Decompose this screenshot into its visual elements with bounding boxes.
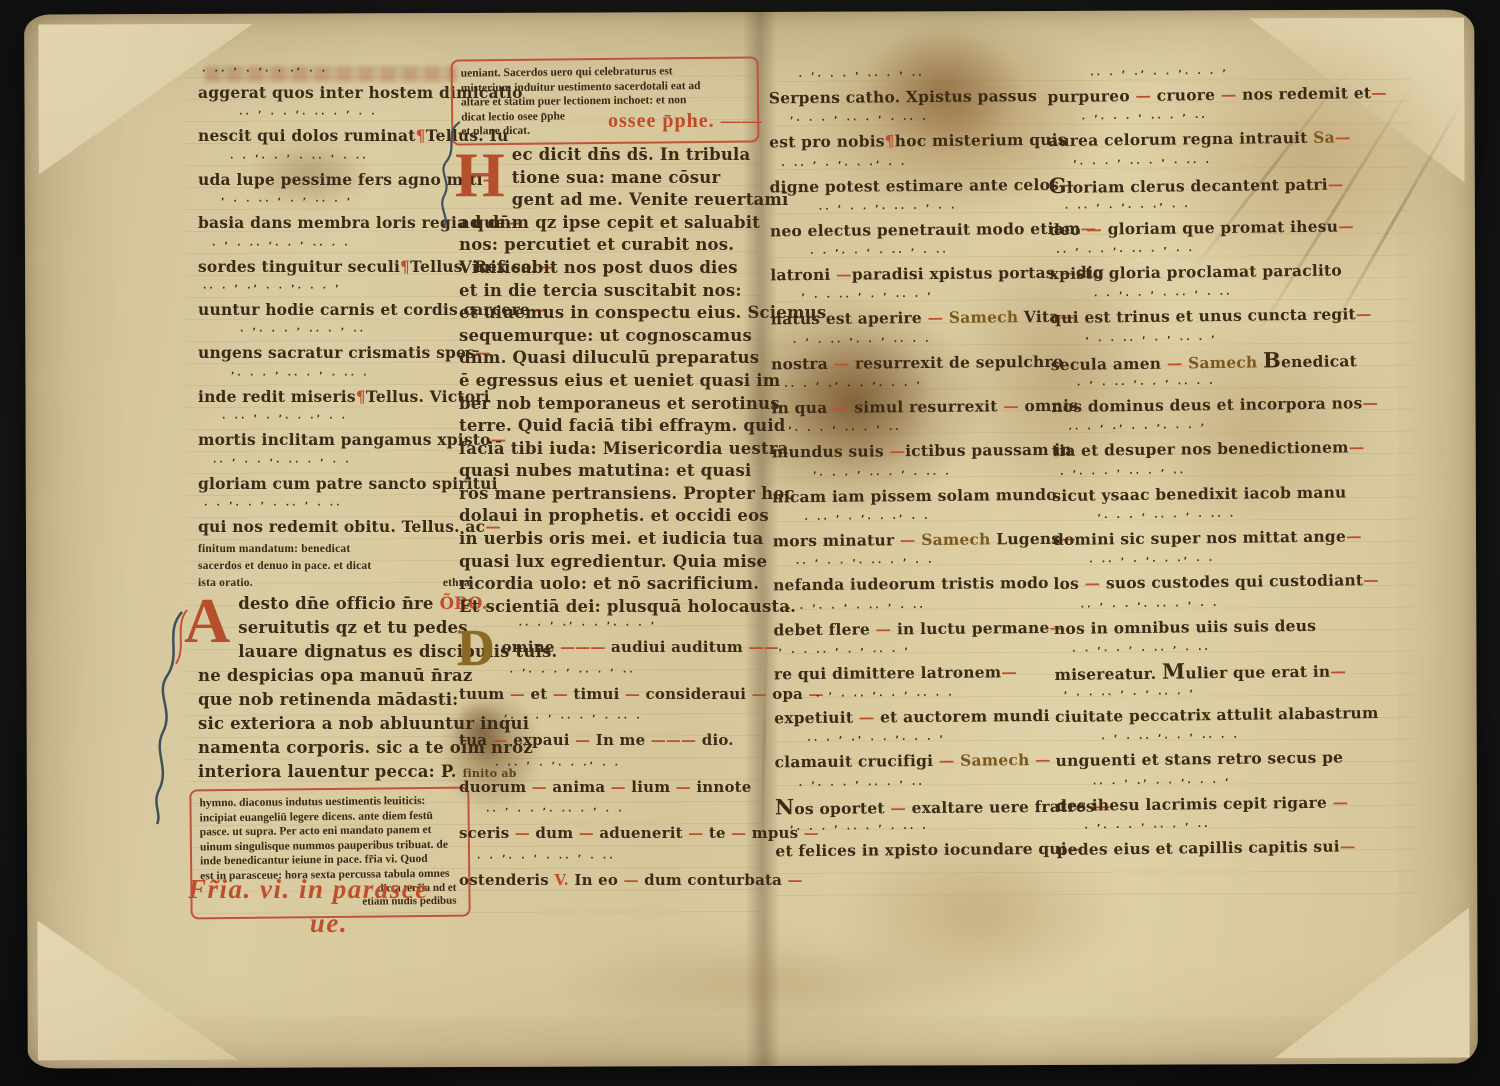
chant-line: ʼ· · · ʼ ·· · ʼ · ·· ·nicam iam pissem s… bbox=[772, 465, 1080, 512]
text-segment: misereatur. bbox=[1054, 664, 1162, 684]
text-row: unguenti et stans retro secus pe bbox=[1055, 744, 1393, 774]
text-segment: cruore bbox=[1151, 85, 1221, 105]
text-row: pedes eius et capillis capitis sui— bbox=[1057, 833, 1395, 863]
initial-a-flourish bbox=[150, 606, 194, 830]
text-segment: — bbox=[1086, 219, 1102, 238]
text-segment: — bbox=[859, 708, 875, 727]
chant-line: ·· ʼ · · ʼ· ·· · ʼ · ·nefanda iudeorum t… bbox=[773, 554, 1081, 601]
chant-line: ·· · ʼ ·ʼ · · ʼ· · · ʼdes ihesu lacrimis… bbox=[1056, 773, 1395, 821]
text-row: nos in omnibus uiis suis deus bbox=[1054, 611, 1392, 641]
text-segment: expetiuit bbox=[774, 708, 859, 728]
neume-row: ·· ʼ · · ʼ· ·· · ʼ · · bbox=[198, 455, 470, 471]
text-segment: unguenti et stans retro secus pe bbox=[1055, 748, 1343, 771]
text-row: ista oratio.ethra bbox=[198, 575, 470, 592]
rubric-title-osee-prophete: ossee p̄phe. —— bbox=[608, 110, 763, 132]
text-segment: que nob retinenda mādasti: bbox=[198, 690, 458, 709]
text-segment: Samech bbox=[954, 751, 1035, 771]
text-row: ricordia uolo: et nō sacrificium. bbox=[459, 573, 759, 596]
neume-row: · ʼ· · · ʼ ·· · ʼ ·· bbox=[198, 324, 470, 340]
chant-line: ʼ· · · ʼ ·· · ʼ · ·· ·domini sic super n… bbox=[1053, 507, 1392, 555]
text-segment: — bbox=[1035, 750, 1051, 769]
text-segment: suos custodes qui custodiant bbox=[1100, 571, 1363, 593]
neume-row: ·· · ʼ ·ʼ · · ʼ· · · ʼ bbox=[198, 281, 470, 297]
text-segment: — bbox=[731, 824, 746, 842]
chant-line: ʼ · · ·· ʼ · ʼ ·· · ʼnatus est aperire —… bbox=[770, 288, 1078, 335]
text-segment: tia et desuper nos benedictionem bbox=[1052, 438, 1349, 461]
text-row: omine ——— audiui auditum —— bbox=[459, 634, 759, 660]
text-row: et in die tercia suscitabit nos: bbox=[459, 280, 759, 303]
chant-line: · ʼ· · · ʼ ·· · ʼ ··sicut ysaac benedixi… bbox=[1052, 463, 1391, 511]
text-segment: nefanda iudeorum tristis modo bbox=[773, 573, 1049, 594]
text-segment: ¶ bbox=[356, 387, 366, 406]
text-segment: — bbox=[1356, 305, 1372, 324]
text-segment: nostra bbox=[771, 354, 834, 374]
text-line: ne despicias opa manuū n̄raz bbox=[198, 664, 470, 688]
chant-line: ·· ʼ · · ʼ· ·· · ʼ · ·nescit qui dolos r… bbox=[198, 107, 470, 150]
text-segment: — bbox=[1332, 792, 1348, 811]
text-segment: dum bbox=[530, 824, 579, 842]
text-segment: — bbox=[1338, 216, 1354, 235]
text-line: dolaui in prophetis. et occidi eos bbox=[459, 505, 759, 528]
text-segment: faciā tibi iuda: Misericordia uestra bbox=[459, 439, 789, 458]
text-segment: lium bbox=[626, 778, 676, 796]
block-chant: ·· · ʼ ·ʼ · · ʼ· · · ʼpurpureo — cruore … bbox=[1047, 64, 1395, 865]
text-line: nos: percutiet et curabit nos. bbox=[459, 234, 759, 257]
text-segment: domini sic super nos mittat ange bbox=[1053, 526, 1346, 549]
text-segment: ros mane pertransiens. Propter hoc bbox=[459, 484, 795, 503]
neume-row: ʼ · · ·· ʼ · ʼ ·· · ʼ bbox=[198, 194, 470, 210]
text-segment: finitum mandatum: benedicat bbox=[198, 543, 350, 555]
text-row: nos dominus deus et incorpora nos— bbox=[1051, 390, 1389, 420]
text-row: Viuificabit nos post duos dies bbox=[459, 257, 759, 280]
text-segment: ¶ bbox=[400, 257, 410, 276]
text-segment: neo electus penetrauit modo etiam bbox=[770, 219, 1081, 241]
text-segment: — bbox=[1221, 85, 1237, 104]
text-row: nostra — resurrexit de sepulchro bbox=[771, 348, 1079, 377]
text-row: purpureo — cruore — nos redemit et— bbox=[1047, 80, 1385, 110]
text-segment: misterium induitur uestimento sacerdotal… bbox=[461, 80, 701, 95]
text-segment: desto dn̄e officio n̄re bbox=[238, 594, 439, 613]
text-segment: est pro nobis bbox=[769, 132, 885, 152]
text-segment: in qua bbox=[771, 398, 833, 418]
text-line: quasi nubes matutina: et quasi bbox=[459, 460, 759, 483]
text-segment: Serpens catho. Xpistus passus bbox=[769, 86, 1037, 107]
text-segment: anima bbox=[547, 778, 611, 796]
text-segment: duorum bbox=[459, 778, 532, 796]
text-row: duorum — anima — lium — innote bbox=[459, 774, 759, 800]
text-segment: — bbox=[833, 398, 849, 417]
text-segment: — bbox=[688, 824, 703, 842]
text-segment: In me bbox=[590, 731, 650, 749]
text-segment: et in die tercia suscitabit nos: bbox=[459, 281, 742, 300]
chant-line: ʼ· · · ʼ ·· · ʼ · ·· ·tua — expaui — In … bbox=[459, 711, 759, 758]
text-segment: audiui auditum bbox=[606, 638, 749, 656]
chant-line: · ʼ· · · ʼ ·· · ʼ ··mundus suis —ictibus… bbox=[772, 421, 1080, 468]
text-segment: ciuitate peccatrix attulit alabastrum bbox=[1055, 703, 1379, 726]
text-segment: enedicat bbox=[1281, 351, 1357, 371]
text-segment: ——— bbox=[560, 638, 606, 656]
text-segment: omine bbox=[502, 638, 560, 656]
text-segment: — bbox=[611, 778, 626, 796]
chant-line: · ·· ʼ · ʼ· · ·ʼ · ·deo — gloriam que pr… bbox=[1049, 197, 1388, 245]
neume-row: ·· ʼ · · ʼ· ·· · ʼ · · bbox=[459, 804, 759, 820]
text-row: finitum mandatum: benedicat bbox=[198, 541, 470, 558]
text-segment: — bbox=[876, 619, 892, 638]
text-segment: G bbox=[1048, 172, 1066, 197]
text-segment: — bbox=[927, 308, 943, 327]
text-row: est pro nobis¶hoc misterium quis bbox=[769, 127, 1077, 156]
text-row: tuum — et — timui — consideraui — opa — bbox=[459, 681, 759, 707]
chant-line: · · ʼ· · ʼ · ·· ʼ · ··debet flere — in l… bbox=[773, 598, 1081, 645]
text-row: ciuitate peccatrix attulit alabastrum bbox=[1055, 700, 1393, 730]
text-line: ber nob temporaneus et serotinus bbox=[459, 393, 759, 416]
chant-line: · ʼ · ·· ʼ· · ʼ ·· · ·sordes tinguitur s… bbox=[198, 238, 470, 281]
text-segment: — bbox=[788, 871, 803, 889]
chant-line: · · ʼ· · ʼ · ·· ʼ · ··qui nos redemit ob… bbox=[198, 498, 470, 541]
text-row: digne potest estimare ante celos— bbox=[769, 171, 1077, 200]
text-segment: purpureo bbox=[1047, 86, 1135, 106]
neume-row: ·· · ʼ ·ʼ · · ʼ· · · ʼ bbox=[502, 618, 759, 634]
text-row: deo — gloriam que promat ihesu— bbox=[1049, 213, 1387, 243]
text-segment: — bbox=[515, 824, 530, 842]
text-row: uda lupe pessime fers agno miti— bbox=[198, 167, 470, 193]
text-segment: — bbox=[575, 731, 590, 749]
text-segment: ec dicit dn̄s ds̄. In tribula bbox=[512, 145, 751, 164]
text-row: Nos oportet — exaltare uere fratres— bbox=[775, 791, 1083, 822]
text-line: seruitutis qz et tu pedes bbox=[198, 616, 470, 640]
text-row: Et scientiā dei: plusquā holocausta. bbox=[459, 596, 759, 619]
text-segment: tione sua: mane cōsur bbox=[512, 168, 721, 187]
text-segment: et auctorem mundi bbox=[874, 706, 1049, 727]
text-segment: re qui dimittere latronem bbox=[774, 662, 1002, 683]
text-segment: clamauit crucifigi bbox=[774, 751, 938, 771]
text-row: que nob retinenda mādasti: bbox=[198, 688, 470, 712]
text-segment: sequemurque: ut cognoscamus bbox=[459, 326, 752, 345]
text-row: aggerat quos inter hostem dimicatio bbox=[198, 80, 470, 106]
text-segment: — bbox=[1340, 836, 1356, 855]
text-segment: Fr̃ia. vi. in parasce bbox=[188, 874, 429, 904]
neume-row: · · ʼ· · ʼ · ·· ʼ · ·· bbox=[198, 498, 470, 514]
chant-line: ʼ · · ·· ʼ · ʼ ·· · ʼsecula amen — Samec… bbox=[1050, 330, 1389, 378]
text-segment: — bbox=[553, 685, 568, 703]
text-row: ungens sacratur crismatis spes— bbox=[198, 340, 470, 366]
text-segment: — bbox=[1003, 396, 1019, 415]
neume-row: ʼ· · · ʼ ·· · ʼ · ·· · bbox=[459, 711, 759, 727]
text-segment: nescit qui dolos ruminat bbox=[198, 126, 416, 145]
chant-line: · · ʼ· · ʼ · ·· ʼ · ··qui est trinus et … bbox=[1050, 285, 1389, 333]
text-line: dn̄m. Quasi diluculū preparatus bbox=[459, 347, 759, 370]
text-segment: — bbox=[510, 685, 525, 703]
text-segment: innote bbox=[691, 778, 752, 796]
text-row: des ihesu lacrimis cepit rigare — bbox=[1056, 789, 1394, 819]
text-row: sic exteriora a nob abluuntur inqui bbox=[198, 712, 470, 736]
text-segment: quasi lux egredientur. Quia mise bbox=[459, 552, 767, 571]
text-row: ne despicias opa manuū n̄raz bbox=[198, 664, 470, 688]
text-segment: dn̄m. Quasi diluculū preparatus bbox=[459, 348, 759, 367]
text-row: nos: percutiet et curabit nos. bbox=[459, 234, 759, 257]
chant-line: ʼ · · ·· ʼ · ʼ ·· · ʼbasia dans membra l… bbox=[198, 194, 470, 237]
text-segment: Samech bbox=[943, 308, 1024, 328]
chant-line: · ʼ · ·· ʼ· · ʼ ·· · ·unguenti et stans … bbox=[1055, 728, 1394, 776]
text-segment: ē egressus eius et ueniet quasi im bbox=[459, 371, 780, 390]
text-segment: sceris bbox=[459, 824, 515, 842]
text-segment: Samech bbox=[915, 529, 996, 549]
text-row: latroni —paradisi xpistus portas —dig bbox=[770, 260, 1078, 289]
text-segment: nos dominus deus et incorpora nos bbox=[1051, 393, 1362, 416]
text-segment: resurrexit de sepulchro bbox=[849, 352, 1063, 373]
text-segment: — bbox=[624, 871, 639, 889]
text-row: basia dans membra loris regia que— bbox=[198, 210, 470, 236]
text-segment: — bbox=[1135, 86, 1151, 105]
block-oratio: Adesto dn̄e officio n̄re ÕRO.seruitutis … bbox=[198, 592, 470, 784]
chant-line: · ʼ· · · ʼ ·· · ʼ ··pedes eius et capill… bbox=[1056, 817, 1395, 865]
text-segment: — bbox=[532, 778, 547, 796]
text-row: nescit qui dolos ruminat¶Tellus. Iu bbox=[198, 123, 470, 149]
text-line: ista oratio.ethra bbox=[198, 575, 470, 592]
text-segment: tua bbox=[459, 731, 493, 749]
photo-background: · ·· ʼ · ʼ· · ·ʼ · ·aggerat quos inter h… bbox=[0, 0, 1500, 1086]
text-row: dn̄m. Quasi diluculū preparatus bbox=[459, 347, 759, 370]
text-row: qui nos redemit obitu. Tellus. ac— bbox=[198, 514, 470, 540]
text-segment: — bbox=[1371, 83, 1387, 102]
text-line: Fr̃ia. vi. in parasce bbox=[188, 872, 470, 906]
text-line: finitum mandatum: benedicat bbox=[198, 541, 470, 558]
text-segment: ulier que erat in bbox=[1185, 662, 1330, 683]
text-row: interiora lauentur pecca: P. finito ab bbox=[198, 760, 470, 786]
chant-line: ʼ· · · ʼ ·· · ʼ · ·· ·et felices in xpis… bbox=[775, 820, 1083, 867]
block-small: finitum mandatum: benedicatsacerdos et d… bbox=[198, 541, 470, 592]
text-segment: hoc misterium quis bbox=[895, 130, 1067, 150]
text-segment: gloriam cum patre sancto spiritui bbox=[198, 474, 498, 493]
text-row: et uiuemus in conspectu eius. Sciemus bbox=[459, 302, 759, 325]
text-segment: ne despicias opa manuū n̄raz bbox=[198, 666, 472, 685]
text-segment: quasi nubes matutina: et quasi bbox=[459, 461, 751, 480]
text-segment: et bbox=[525, 685, 553, 703]
text-row: ros mane pertransiens. Propter hoc bbox=[459, 483, 759, 506]
text-line: sequemurque: ut cognoscamus bbox=[459, 325, 759, 348]
text-segment: timui bbox=[568, 685, 625, 703]
chant-line: · ·· ʼ · ʼ· · ·ʼ · ·digne potest estimar… bbox=[769, 155, 1077, 202]
text-line: namenta corporis. sic a te oīm n̄roz bbox=[198, 736, 470, 760]
text-row: natus est aperire — Samech Vita— bbox=[771, 304, 1079, 333]
chant-line: · ʼ· · · ʼ ·· · ʼ ··tuum — et — timui — … bbox=[459, 665, 759, 712]
text-segment: — bbox=[1346, 526, 1362, 545]
text-segment: dicat lectio osee p̄phe bbox=[461, 110, 565, 123]
text-segment: ——— bbox=[651, 731, 697, 749]
text-row: namenta corporis. sic a te oīm n̄roz bbox=[198, 736, 470, 760]
text-segment: — bbox=[493, 731, 508, 749]
text-segment: sacerdos et denuo in pace. et dicat bbox=[198, 560, 371, 572]
text-segment: ostenderis bbox=[459, 871, 554, 889]
text-row: nefanda iudeorum tristis modo bbox=[773, 570, 1081, 599]
text-row: re qui dimittere latronem— bbox=[774, 659, 1082, 688]
text-row: ad dn̄m qz ipse cepit et saluabit bbox=[459, 212, 759, 235]
text-row: ē egressus eius et ueniet quasi im bbox=[459, 370, 759, 393]
text-line: ricordia uolo: et nō sacrificium. bbox=[459, 573, 759, 596]
text-row: nicam iam pissem solam mundo bbox=[772, 481, 1080, 510]
text-segment: — bbox=[1362, 393, 1378, 412]
neume-row: · ·· ʼ · ʼ· · ·ʼ · · bbox=[198, 411, 470, 427]
text-line: Et scientiā dei: plusquā holocausta. bbox=[459, 596, 759, 619]
text-line: et uiuemus in conspectu eius. Sciemus bbox=[459, 302, 759, 325]
text-segment: debet flere bbox=[773, 619, 875, 639]
text-segment: — bbox=[1328, 174, 1344, 193]
text-segment: mors minatur bbox=[773, 530, 900, 550]
text-row: ber nob temporaneus et serotinus bbox=[459, 393, 759, 416]
text-segment: los bbox=[1053, 574, 1084, 593]
text-segment: dum conturbata bbox=[639, 871, 788, 889]
chant-line: ʼ· · · ʼ ·· · ʼ · ·· ·Gloriam clerus dec… bbox=[1048, 153, 1387, 201]
text-row: ue. bbox=[188, 906, 470, 940]
text-segment: — bbox=[1349, 438, 1365, 457]
text-segment: interiora lauentur pecca: bbox=[198, 762, 441, 781]
neume-row: ʼ· · · ʼ ·· · ʼ · ·· · bbox=[198, 368, 470, 384]
chant-line: · ʼ · ·· ʼ· · ʼ ·· · ·nostra — resurrexi… bbox=[771, 332, 1079, 379]
text-row: expetiuit — et auctorem mundi bbox=[774, 703, 1082, 732]
chant-line: ·· · ʼ ·ʼ · · ʼ· · · ʼclamauit crucifigi… bbox=[774, 731, 1082, 778]
corner-fold-bottom-left bbox=[37, 920, 237, 1061]
text-row: sordes tinguitur seculi¶Tellus. Rex sol— bbox=[198, 254, 470, 280]
block-chant: · ·· ʼ · ʼ· · ·ʼ · ·aggerat quos inter h… bbox=[198, 64, 470, 541]
text-row: misereatur. Mulier que erat in— bbox=[1054, 656, 1392, 688]
chant-line: ·· ʼ · · ʼ· ·· · ʼ · ·xpisto gloria proc… bbox=[1049, 241, 1388, 289]
text-segment: M bbox=[1162, 658, 1186, 683]
chant-line: ·· · ʼ ·ʼ · · ʼ· · · ʼin qua — simul res… bbox=[771, 377, 1079, 424]
text-segment: aurea celorum regna intrauit bbox=[1048, 128, 1313, 150]
text-row: lauare dignatus es discipulis tuis. bbox=[198, 640, 470, 664]
text-segment: ad dn̄m qz ipse cepit et saluabit bbox=[459, 213, 760, 232]
text-row: neo electus penetrauit modo etiam— bbox=[770, 216, 1078, 245]
text-row: los — suos custodes qui custodiant— bbox=[1053, 567, 1391, 597]
text-segment: digne potest estimare ante celos bbox=[769, 174, 1059, 196]
text-line: ue. bbox=[188, 906, 470, 940]
text-segment: — bbox=[1001, 662, 1017, 681]
text-segment: — bbox=[1363, 570, 1379, 589]
neume-row: · ʼ· · · ʼ ·· · ʼ ·· bbox=[502, 665, 759, 681]
text-segment: In eo bbox=[569, 871, 624, 889]
text-segment: ber nob temporaneus et serotinus bbox=[459, 394, 780, 413]
chant-line: ·· · ʼ ·ʼ · · ʼ· · · ʼomine ——— audiui a… bbox=[459, 618, 759, 665]
text-segment: V. bbox=[554, 871, 569, 889]
text-row: aurea celorum regna intrauit Sa— bbox=[1048, 124, 1386, 154]
chant-line: ·· ʼ · · ʼ· ·· · ʼ · ·gloriam cum patre … bbox=[198, 455, 470, 498]
text-column-col2: ueniant. Sacerdos uero qui celebraturus … bbox=[459, 54, 759, 897]
text-segment: — bbox=[625, 685, 640, 703]
text-segment: — bbox=[752, 685, 767, 703]
text-line: ros mane pertransiens. Propter hoc bbox=[459, 483, 759, 506]
text-row: sceris — dum — aduenerit — te — mpus — bbox=[459, 820, 759, 846]
block-music: D·· · ʼ ·ʼ · · ʼ· · · ʼomine ——— audiui … bbox=[459, 618, 759, 897]
text-line: ad dn̄m qz ipse cepit et saluabit bbox=[459, 212, 759, 235]
text-segment: Et scientiā dei: plusquā holocausta. bbox=[459, 597, 796, 616]
text-segment: — bbox=[890, 798, 906, 817]
text-segment: in luctu permane bbox=[891, 617, 1049, 637]
text-line: lauare dignatus es discipulis tuis. bbox=[198, 640, 470, 664]
text-row: sicut ysaac benedixit iacob manu bbox=[1052, 479, 1390, 509]
text-row: Serpens catho. Xpistus passus bbox=[769, 83, 1077, 112]
text-segment: tuum bbox=[459, 685, 510, 703]
neume-row: · ·· ʼ · ʼ· · ·ʼ · · bbox=[459, 758, 759, 774]
text-segment: ue. bbox=[310, 908, 348, 938]
text-segment: sicut ysaac benedixit iacob manu bbox=[1052, 482, 1346, 505]
chant-line: · · ʼ· · ʼ · ·· ʼ · ··misereatur. Mulier… bbox=[1054, 640, 1393, 688]
text-segment: seruitutis qz et tu pedes bbox=[238, 618, 468, 637]
text-line: interiora lauentur pecca: P. finito ab bbox=[198, 760, 470, 784]
text-segment: terre. Quid faciā tibi effraym. quid bbox=[459, 416, 786, 435]
text-row: sequemurque: ut cognoscamus bbox=[459, 325, 759, 348]
chant-line: ·· ʼ · · ʼ· ·· · ʼ · ·neo electus penetr… bbox=[770, 200, 1078, 247]
block-heading: Fr̃ia. vi. in parasceue. bbox=[188, 872, 470, 940]
chant-line: · · ʼ· · ʼ · ·· ʼ · ··ostenderis V. In e… bbox=[459, 851, 759, 898]
text-row: mundus suis —ictibus paussam in bbox=[772, 437, 1080, 466]
chant-line: ·· · ʼ ·ʼ · · ʼ· · · ʼuuntur hodie carni… bbox=[198, 281, 470, 324]
text-segment: pasce. ut supra. Per acto eni mandato pa… bbox=[200, 824, 432, 838]
text-segment: paradisi xpistus portas bbox=[852, 263, 1061, 284]
text-row: et felices in xpisto iocundare qui— bbox=[775, 836, 1083, 865]
text-segment: aduenerit bbox=[594, 824, 688, 842]
neume-row: · ʼ · ·· ʼ· · ʼ ·· · · bbox=[198, 238, 470, 254]
text-segment: mundus suis bbox=[772, 442, 890, 462]
text-row: terre. Quid faciā tibi effraym. quid bbox=[459, 415, 759, 438]
text-segment: Lugens bbox=[996, 529, 1060, 549]
text-segment: inde benedicantur ieiune in pace. fr̃ia … bbox=[200, 854, 428, 868]
text-segment: — bbox=[889, 442, 905, 461]
corner-fold-bottom-right bbox=[1274, 907, 1470, 1058]
text-segment: qui nos redemit obitu. Tellus. ac bbox=[198, 517, 485, 536]
text-row: inde redit miseris¶Tellus. Victori bbox=[198, 384, 470, 410]
text-segment: uinum singulisque nummos pauperibus trib… bbox=[200, 839, 448, 854]
text-segment: ¶ bbox=[885, 132, 895, 151]
chant-line: · ʼ · ·· ʼ· · ʼ ·· · ·nos dominus deus e… bbox=[1051, 374, 1390, 422]
text-row: quasi lux egredientur. Quia mise bbox=[459, 551, 759, 574]
chant-line: · ·· ʼ · ʼ· · ·ʼ · ·mors minatur — Samec… bbox=[772, 510, 1080, 557]
text-segment: qui est trinus et unus cuncta regit bbox=[1050, 305, 1356, 328]
text-segment: altare et statim puer lectionem inchoet:… bbox=[461, 94, 686, 108]
text-line: terre. Quid faciā tibi effraym. quid bbox=[459, 415, 759, 438]
neume-row: ·· ʼ · · ʼ· ·· · ʼ · · bbox=[198, 107, 470, 123]
text-segment: des ihesu lacrimis cepit rigare bbox=[1056, 792, 1333, 814]
text-segment: dolaui in prophetis. et occidi eos bbox=[459, 506, 769, 525]
text-segment: te bbox=[703, 824, 731, 842]
chant-line: ʼ· · · ʼ ·· · ʼ · ·· ·inde redit miseris… bbox=[198, 368, 470, 411]
initial-letter-D: D bbox=[457, 626, 495, 672]
text-row: Fr̃ia. vi. in parasce bbox=[188, 872, 470, 906]
initial-h-flourish bbox=[438, 118, 464, 230]
text-column-col3: · ʼ· · · ʼ ·· · ʼ ··Serpens catho. Xpist… bbox=[769, 67, 1084, 867]
text-segment: — bbox=[1084, 574, 1100, 593]
text-row: debet flere — in luctu permane— bbox=[773, 614, 1081, 643]
text-segment: simul resurrexit bbox=[849, 396, 1004, 416]
text-segment: ¶ bbox=[416, 126, 426, 145]
text-segment: incipiat euangeliū legere dicens. ante d… bbox=[200, 810, 433, 824]
chant-line: · ʼ · ·· ʼ· · ʼ ·· · ·expetiuit — et auc… bbox=[774, 687, 1082, 734]
text-row: dolaui in prophetis. et occidi eos bbox=[459, 505, 759, 528]
text-segment: — bbox=[1330, 661, 1346, 680]
chant-line: ·· · ʼ ·ʼ · · ʼ· · · ʼtia et desuper nos… bbox=[1051, 418, 1390, 466]
text-line: que nob retinenda mādasti: bbox=[198, 688, 470, 712]
chant-line: ·· · ʼ ·ʼ · · ʼ· · · ʼpurpureo — cruore … bbox=[1047, 64, 1386, 112]
text-row: faciā tibi iuda: Misericordia uestra bbox=[459, 438, 759, 461]
chant-line: ʼ · · ·· ʼ · ʼ ·· · ʼciuitate peccatrix … bbox=[1055, 684, 1394, 732]
text-segment: Samech bbox=[1182, 352, 1263, 372]
block-box: ueniant. Sacerdos uero qui celebraturus … bbox=[451, 56, 760, 145]
text-segment: — bbox=[836, 265, 852, 284]
chant-line: · ·· ʼ · ʼ· · ·ʼ · ·aggerat quos inter h… bbox=[198, 64, 470, 107]
text-segment: inde redit miseris bbox=[198, 387, 356, 406]
text-segment: ungens sacratur crismatis spes bbox=[198, 343, 475, 362]
text-segment: xpisto gloria proclamat paraclito bbox=[1050, 261, 1342, 284]
chant-line: · ʼ· · · ʼ ·· · ʼ ··Nos oportet — exalta… bbox=[775, 775, 1083, 822]
